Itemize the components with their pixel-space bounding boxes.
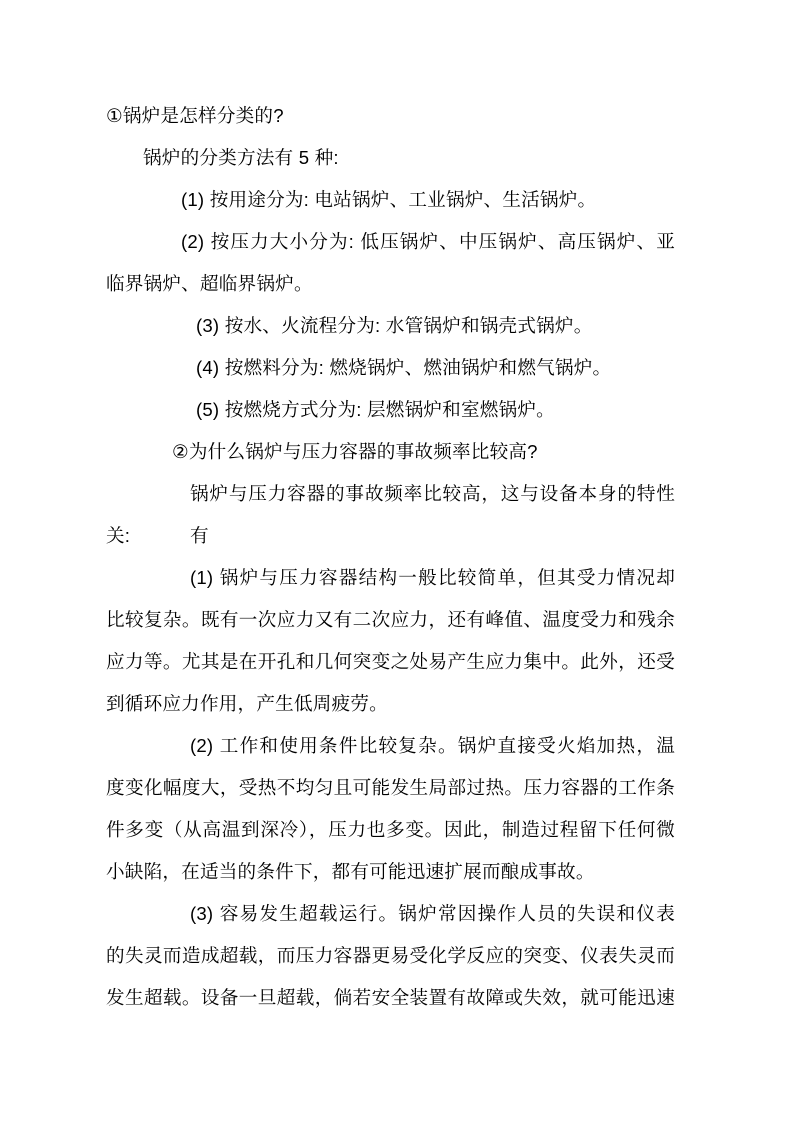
text-line: (2) 按压力大小分为: 低压锅炉、中压锅炉、高压锅炉、亚 — [106, 221, 675, 263]
text-line: 到循环应力作用，产生低周疲劳。 — [106, 683, 675, 725]
text-line: 的失灵而造成超载，而压力容器更易受化学反应的突变、仪表失灵而 — [106, 935, 675, 977]
text-line: (2) 工作和使用条件比较复杂。锅炉直接受火焰加热，温 — [106, 725, 675, 767]
text-line: (5) 按燃烧方式分为: 层燃锅炉和室燃锅炉。 — [106, 389, 675, 431]
text-line: (3) 容易发生超载运行。锅炉常因操作人员的失误和仪表 — [106, 893, 675, 935]
text-line: (1) 按用途分为: 电站锅炉、工业锅炉、生活锅炉。 — [106, 179, 675, 221]
text-line: 小缺陷，在适当的条件下，都有可能迅速扩展而酿成事故。 — [106, 851, 675, 893]
text-line: 件多变（从高温到深冷），压力也多变。因此，制造过程留下任何微 — [106, 809, 675, 851]
text-line: (4) 按燃料分为: 燃烧锅炉、燃油锅炉和燃气锅炉。 — [106, 347, 675, 389]
document-text-block: ①锅炉是怎样分类的?锅炉的分类方法有 5 种:(1) 按用途分为: 电站锅炉、工… — [106, 95, 675, 1019]
document-page: ①锅炉是怎样分类的?锅炉的分类方法有 5 种:(1) 按用途分为: 电站锅炉、工… — [0, 0, 793, 1122]
text-line: 锅炉与压力容器的事故频率比较高，这与设备本身的特性有 — [106, 473, 675, 515]
text-line: 度变化幅度大，受热不均匀且可能发生局部过热。压力容器的工作条 — [106, 767, 675, 809]
text-line: (1) 锅炉与压力容器结构一般比较简单，但其受力情况却 — [106, 557, 675, 599]
text-line: ②为什么锅炉与压力容器的事故频率比较高? — [106, 431, 675, 473]
text-line: ①锅炉是怎样分类的? — [106, 95, 675, 137]
text-line: 应力等。尤其是在开孔和几何突变之处易产生应力集中。此外，还受 — [106, 641, 675, 683]
text-line: 锅炉的分类方法有 5 种: — [106, 137, 675, 179]
text-line: 发生超载。设备一旦超载，倘若安全装置有故障或失效，就可能迅速 — [106, 977, 675, 1019]
text-line: 临界锅炉、超临界锅炉。 — [106, 263, 675, 305]
text-line: 比较复杂。既有一次应力又有二次应力，还有峰值、温度受力和残余 — [106, 599, 675, 641]
text-line: (3) 按水、火流程分为: 水管锅炉和锅壳式锅炉。 — [106, 305, 675, 347]
